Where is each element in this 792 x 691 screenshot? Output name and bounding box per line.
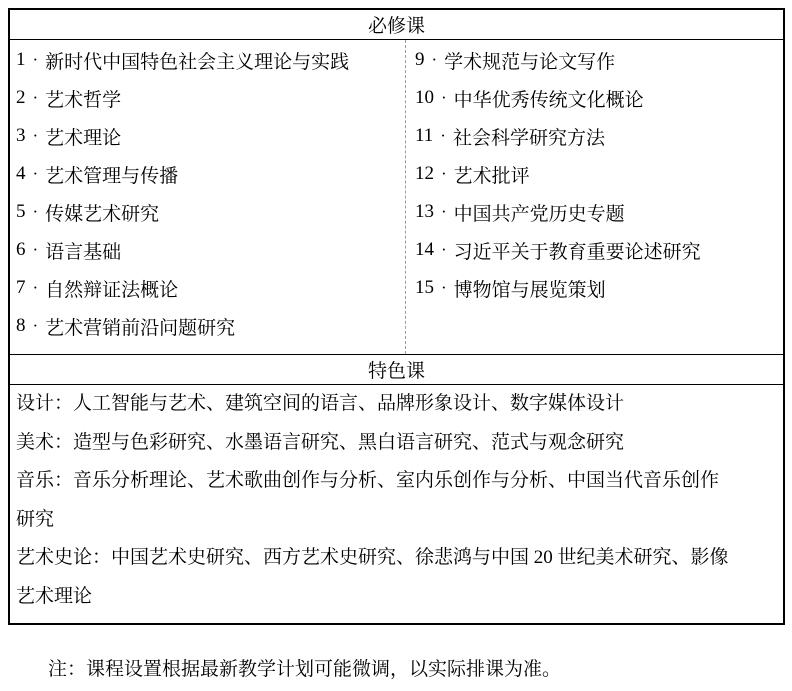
list-item: 15·博物馆与展览策划 bbox=[415, 269, 783, 307]
list-item: 10·中华优秀传统文化概论 bbox=[415, 79, 783, 117]
item-number: 8 bbox=[16, 315, 26, 337]
bullet-icon: · bbox=[441, 88, 447, 108]
item-number: 10 bbox=[415, 87, 434, 109]
required-courses-header-label: 必修课 bbox=[368, 11, 425, 38]
list-item: 8·艺术营销前沿问题研究 bbox=[16, 307, 405, 345]
bullet-icon: · bbox=[33, 278, 39, 298]
item-number: 1 bbox=[16, 49, 26, 71]
item-number: 5 bbox=[16, 201, 26, 223]
bullet-icon: · bbox=[440, 126, 446, 146]
bullet-icon: · bbox=[33, 316, 39, 336]
list-item: 4·艺术管理与传播 bbox=[16, 155, 405, 193]
item-title: 艺术哲学 bbox=[45, 85, 121, 112]
list-item: 7·自然辩证法概论 bbox=[16, 269, 405, 307]
list-item: 5·传媒艺术研究 bbox=[16, 193, 405, 231]
bullet-icon: · bbox=[441, 240, 447, 260]
item-title: 中国共产党历史专题 bbox=[454, 199, 625, 226]
bullet-icon: · bbox=[33, 88, 39, 108]
item-title: 博物馆与展览策划 bbox=[454, 275, 606, 302]
item-number: 7 bbox=[16, 277, 26, 299]
special-courses-body: 设计：人工智能与艺术、建筑空间的语言、品牌形象设计、数字媒体设计 美术：造型与色… bbox=[10, 385, 783, 623]
item-number: 2 bbox=[16, 87, 26, 109]
special-line-music-continued: 研究 bbox=[16, 501, 775, 540]
bullet-icon: · bbox=[33, 126, 39, 146]
item-title: 学术规范与论文写作 bbox=[444, 47, 615, 74]
special-courses-header: 特色课 bbox=[10, 355, 783, 385]
item-title: 传媒艺术研究 bbox=[45, 199, 159, 226]
item-title: 语言基础 bbox=[45, 237, 121, 264]
list-item: 11·社会科学研究方法 bbox=[415, 117, 783, 155]
special-line-art-history-continued: 艺术理论 bbox=[16, 578, 775, 617]
list-item: 9·学术规范与论文写作 bbox=[415, 41, 783, 79]
item-title: 艺术理论 bbox=[45, 123, 121, 150]
bullet-icon: · bbox=[33, 164, 39, 184]
item-title: 艺术批评 bbox=[454, 161, 530, 188]
item-number: 12 bbox=[415, 163, 434, 185]
required-courses-column-left: 1·新时代中国特色社会主义理论与实践 2·艺术哲学 3·艺术理论 4·艺术管理与… bbox=[10, 40, 406, 354]
list-item: 12·艺术批评 bbox=[415, 155, 783, 193]
item-number: 4 bbox=[16, 163, 26, 185]
page: 必修课 1·新时代中国特色社会主义理论与实践 2·艺术哲学 3·艺术理论 4·艺… bbox=[0, 0, 792, 691]
list-item: 13·中国共产党历史专题 bbox=[415, 193, 783, 231]
item-number: 6 bbox=[16, 239, 26, 261]
list-item: 6·语言基础 bbox=[16, 231, 405, 269]
item-number: 14 bbox=[415, 239, 434, 261]
bullet-icon: · bbox=[33, 240, 39, 260]
item-number: 15 bbox=[415, 277, 434, 299]
bullet-icon: · bbox=[432, 50, 438, 70]
item-title: 新时代中国特色社会主义理论与实践 bbox=[45, 47, 349, 74]
item-title: 社会科学研究方法 bbox=[453, 123, 605, 150]
item-title: 中华优秀传统文化概论 bbox=[454, 85, 644, 112]
special-line-fine-arts: 美术：造型与色彩研究、水墨语言研究、黑白语言研究、范式与观念研究 bbox=[16, 424, 775, 463]
item-title: 自然辩证法概论 bbox=[45, 275, 178, 302]
special-line-art-history: 艺术史论：中国艺术史研究、西方艺术史研究、徐悲鸿与中国 20 世纪美术研究、影像 bbox=[16, 539, 775, 578]
bullet-icon: · bbox=[441, 278, 447, 298]
special-courses-header-label: 特色课 bbox=[368, 356, 425, 383]
special-line-design: 设计：人工智能与艺术、建筑空间的语言、品牌形象设计、数字媒体设计 bbox=[16, 385, 775, 424]
required-courses-body: 1·新时代中国特色社会主义理论与实践 2·艺术哲学 3·艺术理论 4·艺术管理与… bbox=[10, 40, 783, 355]
bullet-icon: · bbox=[441, 202, 447, 222]
item-number: 9 bbox=[415, 49, 425, 71]
required-courses-header: 必修课 bbox=[10, 10, 783, 40]
item-title: 艺术营销前沿问题研究 bbox=[45, 313, 235, 340]
item-number: 3 bbox=[16, 125, 26, 147]
bullet-icon: · bbox=[33, 202, 39, 222]
required-courses-column-right: 9·学术规范与论文写作 10·中华优秀传统文化概论 11·社会科学研究方法 12… bbox=[406, 40, 783, 354]
item-title: 习近平关于教育重要论述研究 bbox=[454, 237, 701, 264]
footnote: 注：课程设置根据最新教学计划可能微调，以实际排课为准。 bbox=[48, 657, 561, 683]
list-item: 14·习近平关于教育重要论述研究 bbox=[415, 231, 783, 269]
item-number: 13 bbox=[415, 201, 434, 223]
bullet-icon: · bbox=[33, 50, 39, 70]
course-table: 必修课 1·新时代中国特色社会主义理论与实践 2·艺术哲学 3·艺术理论 4·艺… bbox=[8, 8, 785, 625]
special-line-music: 音乐：音乐分析理论、艺术歌曲创作与分析、室内乐创作与分析、中国当代音乐创作 bbox=[16, 462, 775, 501]
item-number: 11 bbox=[415, 125, 433, 147]
list-item: 2·艺术哲学 bbox=[16, 79, 405, 117]
list-item: 1·新时代中国特色社会主义理论与实践 bbox=[16, 41, 405, 79]
list-item: 3·艺术理论 bbox=[16, 117, 405, 155]
bullet-icon: · bbox=[441, 164, 447, 184]
item-title: 艺术管理与传播 bbox=[45, 161, 178, 188]
